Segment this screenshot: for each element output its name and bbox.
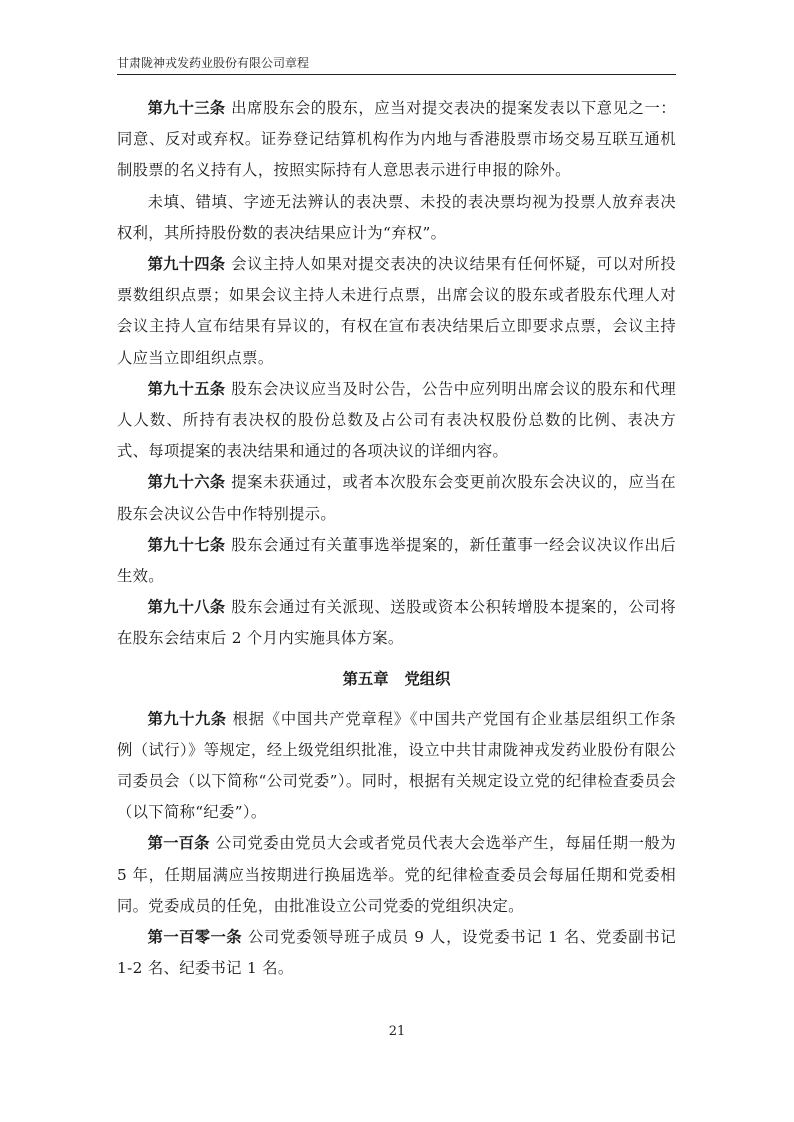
article-number: 第九十八条	[148, 598, 226, 616]
article-number: 第九十六条	[148, 473, 226, 491]
article-number: 第一百条	[148, 834, 210, 852]
document-body: 第九十三条出席股东会的股东，应当对提交表决的提案发表以下意见之一：同意、反对或弃…	[117, 93, 676, 984]
article-93-continued: 未填、错填、字迹无法辨认的表决票、未投的表决票均视为投票人放弃表决权利，其所持股…	[117, 187, 676, 249]
article-number: 第九十五条	[148, 380, 226, 398]
article-97: 第九十七条股东会通过有关董事选举提案的，新任董事一经会议决议作出后生效。	[117, 530, 676, 592]
article-101: 第一百零一条公司党委领导班子成员 9 人，设党委书记 1 名、党委副书记 1-2…	[117, 922, 676, 984]
article-number: 第九十九条	[148, 710, 227, 728]
article-number: 第九十三条	[148, 99, 226, 117]
article-number: 第九十七条	[148, 536, 226, 554]
article-number: 第一百零一条	[148, 928, 242, 946]
article-100: 第一百条公司党委由党员大会或者党员代表大会选举产生，每届任期一般为 5 年，任期…	[117, 828, 676, 922]
article-text: 未填、错填、字迹无法辨认的表决票、未投的表决票均视为投票人放弃表决权利，其所持股…	[117, 193, 676, 242]
article-96: 第九十六条提案未获通过，或者本次股东会变更前次股东会决议的，应当在股东会决议公告…	[117, 467, 676, 529]
article-93: 第九十三条出席股东会的股东，应当对提交表决的提案发表以下意见之一：同意、反对或弃…	[117, 93, 676, 187]
article-99: 第九十九条根据《中国共产党章程》《中国共产党国有企业基层组织工作条例（试行）》等…	[117, 704, 676, 829]
chapter-title: 党组织	[405, 670, 451, 688]
page-number: 21	[0, 1024, 794, 1039]
header-rule	[117, 74, 676, 75]
chapter-heading: 第五章党组织	[117, 664, 676, 695]
article-number: 第九十四条	[148, 255, 226, 273]
page-header: 甘肃陇神戎发药业股份有限公司章程	[117, 54, 676, 72]
article-98: 第九十八条股东会通过有关派现、送股或资本公积转增股本提案的，公司将在股东会结束后…	[117, 592, 676, 654]
article-95: 第九十五条股东会决议应当及时公告，公告中应列明出席会议的股东和代理人人数、所持有…	[117, 374, 676, 468]
article-94: 第九十四条会议主持人如果对提交表决的决议结果有任何怀疑，可以对所投票数组织点票；…	[117, 249, 676, 374]
chapter-number: 第五章	[343, 670, 389, 688]
